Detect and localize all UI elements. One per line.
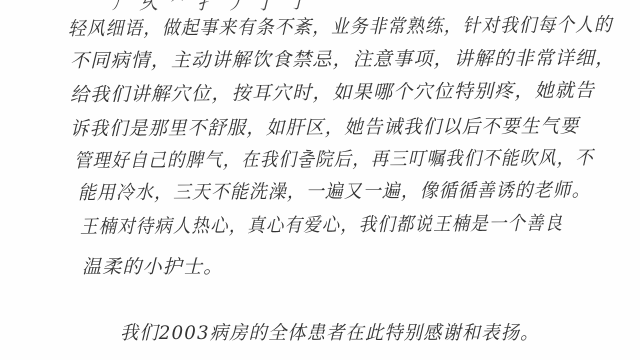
letter-line-5: 管理好自己的脾气，在我们출院后，再三叮嘱我们不能吹风，不 [74,143,594,173]
handwritten-letter-page: ㄏ 乆 ⺈ 扌 丿 亅 ㇆ 轻风细语，做起事来有条不紊，业务非常熟练，针对我们每… [0,0,640,360]
letter-line-3: 给我们讲解穴位，按耳穴时，如果哪个穴位特别疼，她就告 [70,75,595,107]
letter-line-7: 王楠对待病人热心，真心有爱心，我们都说王楠是一个善良 [80,208,563,239]
letter-line-8: 温柔的小护士。 [82,252,223,279]
letter-line-6: 能用冷水，三天不能洗澡，一遍又一遍，像循循善诱的老师。 [78,175,591,205]
letter-line-1: 轻风细语，做起事来有条不紊，业务非常熟练，针对我们每个人的 [68,10,613,41]
letter-line-4: 诉我们是那里不舒服，如肝区，她告诫我们以后不要生气要 [70,111,580,141]
letter-line-2: 不同病情，主动讲解饮食禁忌，注意事项，讲解的非常详细， [70,43,616,73]
letter-line-9: 我们2003病房的全体患者在此特别感谢和表扬。 [120,318,539,345]
